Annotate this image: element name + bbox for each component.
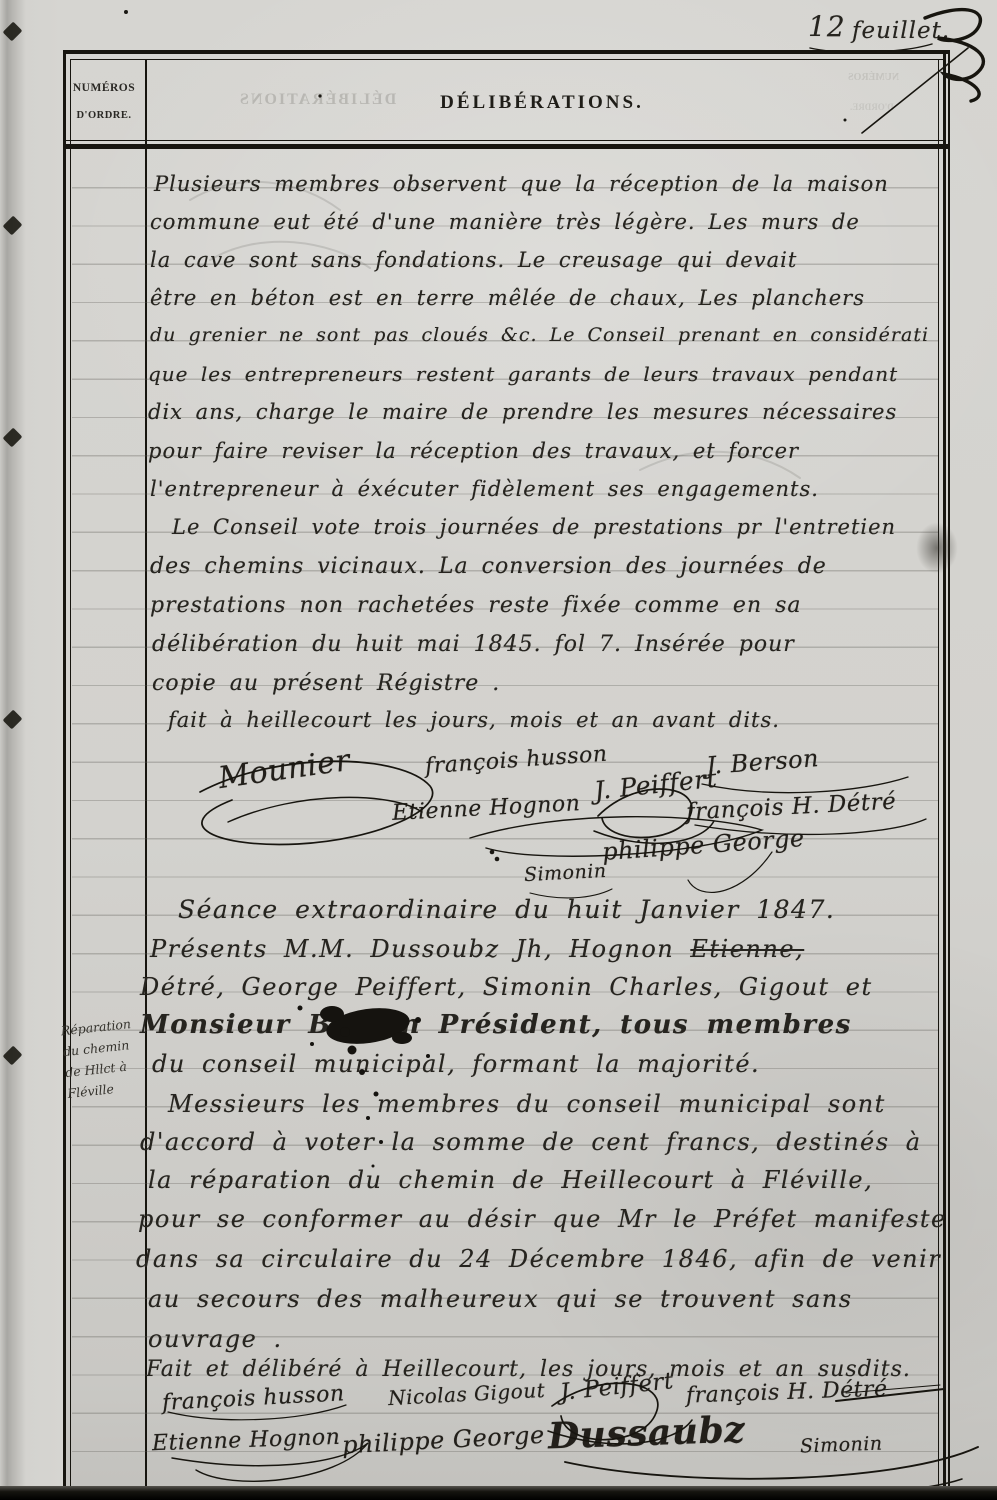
manuscript-line: d'accord à voter la somme de cent francs… [140,1128,922,1156]
presents-text: Présents M.M. Dussoubz Jh, Hognon [150,935,690,963]
order-column-label-line2: D'ORDRE. [63,110,145,121]
manuscript-line: copie au présent Régistre . [152,671,500,696]
manuscript-line: Monsieur Bahlon Président, tous membres [140,1010,852,1040]
page-bottom-shadow [0,1486,997,1500]
frame-top-thick [63,50,950,54]
signature: Simonin [523,860,607,886]
manuscript-line: délibération du huit mai 1845. fol 7. In… [152,632,795,657]
frame-right-outer [948,53,950,1488]
folio-number: 12 [808,10,846,43]
bleed-through-order-label: D'ORDRE. [850,102,894,112]
manuscript-line: la cave sont sans fondations. Le creusag… [150,248,797,272]
frame-left-thin [70,59,71,1488]
manuscript-line: Détré, George Peiffert, Simonin Charles,… [140,973,873,1001]
manuscript-line: ouvrage . [148,1325,283,1353]
manuscript-line: commune eut été d'une manière très légèr… [150,210,860,234]
manuscript-line: être en béton est en terre mêlée de chau… [150,286,865,310]
session-heading: Séance extraordinaire du huit Janvier 18… [178,895,835,924]
manuscript-line: l'entrepreneur à éxécuter fidèlement ses… [150,477,819,501]
manuscript-line: pour se conformer au désir que Mr le Pré… [138,1205,947,1233]
frame-right-thin [938,59,939,1488]
manuscript-line: au secours des malheureux qui se trouven… [148,1285,853,1313]
manuscript-line: Le Conseil vote trois journées de presta… [172,515,896,539]
struck-name: Etienne, [690,935,804,963]
signature: Simonin [800,1433,883,1458]
manuscript-line: pour faire reviser la réception des trav… [148,439,799,463]
frame-top-thin [70,59,944,60]
register-page: NUMÉROS D'ORDRE. DÉLIBÉRATIONS. DÉLIBÉRA… [0,0,997,1500]
bleed-through-title: DÉLIBÉRATIONS [238,91,396,109]
manuscript-line: Messieurs les membres du conseil municip… [168,1090,886,1118]
manuscript-line: prestations non rachetées reste fixée co… [150,593,802,618]
header-separator-thick [63,144,950,149]
header-separator-thin [63,140,944,141]
manuscript-line: du conseil municipal, formant la majorit… [152,1050,760,1078]
manuscript-line: des chemins vicinaux. La conversion des … [150,554,827,579]
frame-left-thick [63,50,66,1488]
ink-smudge [916,522,958,574]
manuscript-line: Plusieurs membres observent que la récep… [154,172,889,196]
manuscript-line: dix ans, charge le maire de prendre les … [148,400,897,424]
manuscript-line: du grenier ne sont pas cloués &c. Le Con… [150,324,929,346]
frame-right-thick [943,50,946,1488]
manuscript-line: dans sa circulaire du 24 Décembre 1846, … [136,1245,941,1273]
bleed-through-order-label: NUMÉROS [848,72,899,83]
folio-label: feuillet. [852,18,950,44]
manuscript-line: fait à heillecourt les jours, mois et an… [168,708,780,732]
signature: Dussaubz [547,1409,745,1458]
manuscript-line: que les entrepreneurs restent garants de… [148,362,898,386]
order-column-label-line1: NUMÉROS [63,82,145,94]
manuscript-line: la réparation du chemin de Heillecourt à… [148,1166,873,1194]
manuscript-line: Présents M.M. Dussoubz Jh, Hognon Etienn… [150,935,804,963]
margin-note: Réparation du chemin de Hllct à Fléville [60,1012,148,1104]
